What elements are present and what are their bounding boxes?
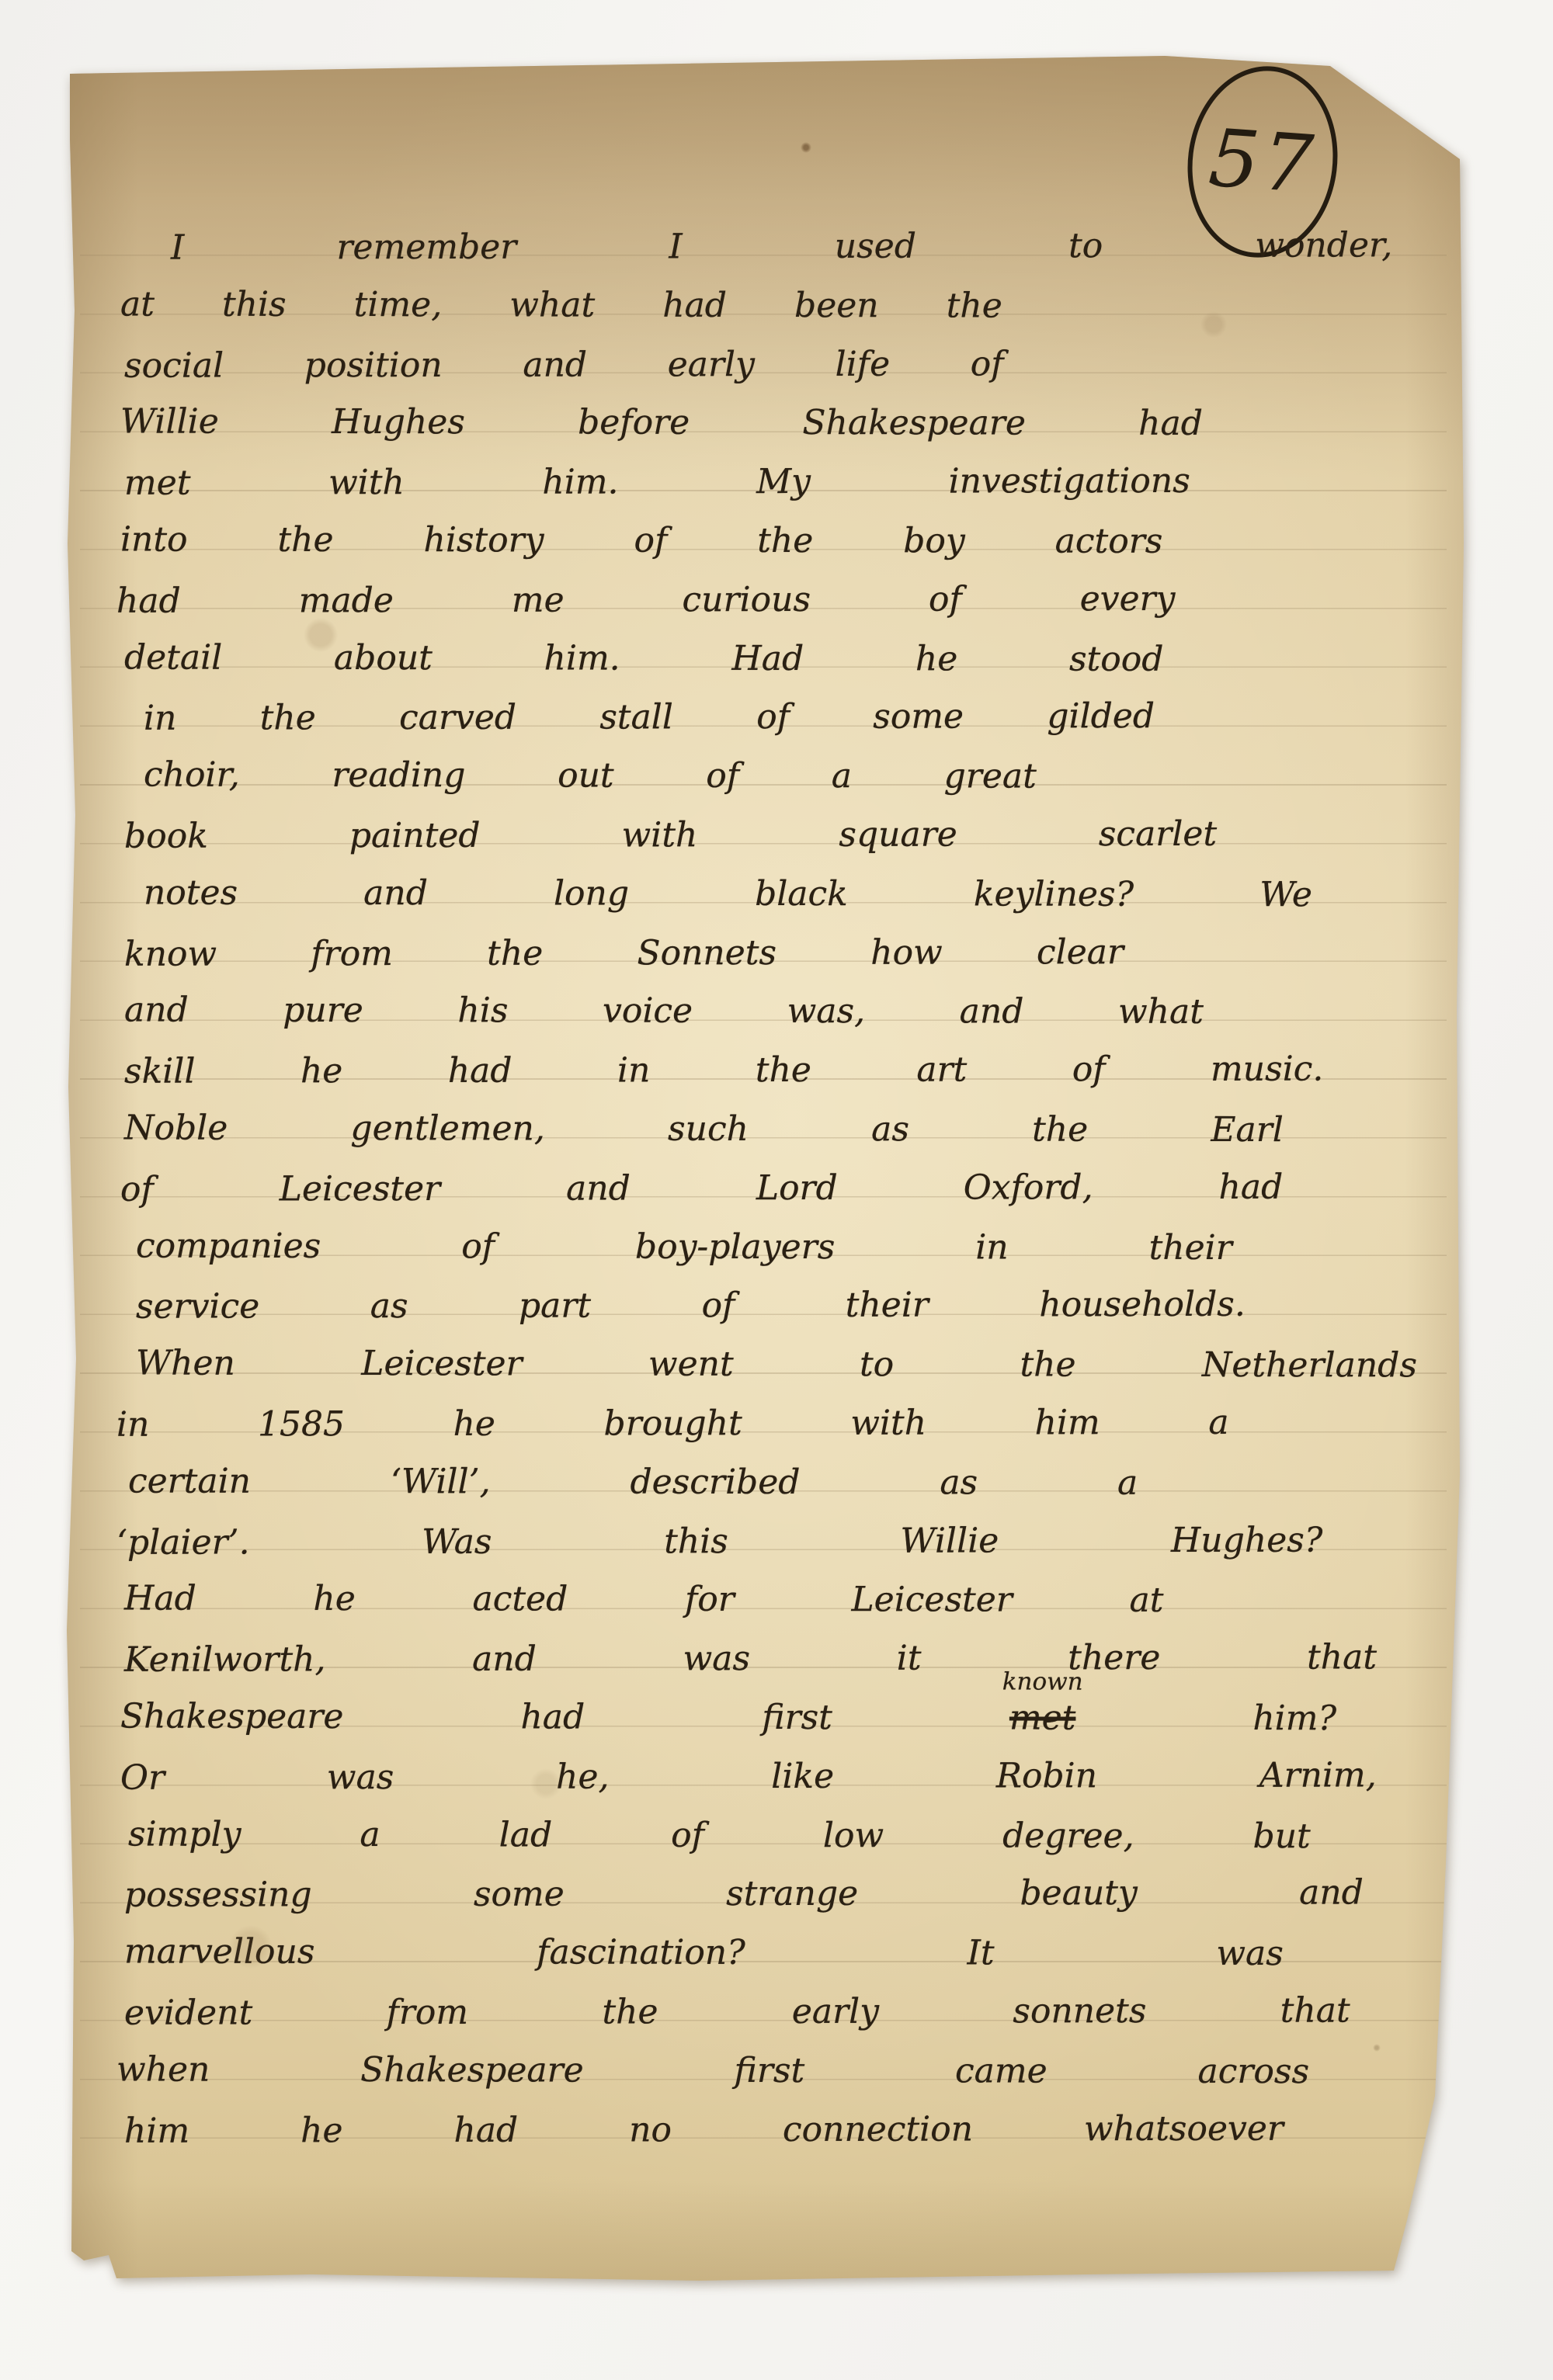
manuscript-word: Shakespeare (802, 406, 1026, 441)
manuscript-word: scarlet (1099, 817, 1217, 852)
manuscript-word: this (222, 287, 287, 321)
manuscript-word: Had (124, 1582, 196, 1616)
manuscript-word: brought (603, 1407, 742, 1441)
manuscript-word: their (846, 1289, 929, 1323)
manuscript-word: service (136, 1290, 259, 1324)
manuscript-word: when (116, 2052, 210, 2087)
manuscript-word: had (453, 2113, 518, 2147)
manuscript-word: keylines? (974, 877, 1134, 911)
manuscript-word: that (1307, 1640, 1377, 1674)
manuscript-word: Had (731, 641, 804, 675)
manuscript-word: Earl (1211, 1113, 1284, 1147)
manuscript-word: a (360, 1817, 380, 1851)
manuscript-word: Sonnets (637, 935, 776, 970)
manuscript-word: to (1068, 229, 1103, 263)
manuscript-word: square (839, 817, 957, 852)
manuscript-word: with (328, 466, 405, 500)
manuscript-word: to (860, 1348, 894, 1382)
manuscript-line: Kenilworth,andwasittherethat (116, 1620, 1457, 1681)
manuscript-word: of (756, 700, 790, 734)
manuscript-word: and (960, 995, 1024, 1029)
manuscript-word: early (792, 1994, 879, 2028)
manuscript-word: was (327, 1761, 394, 1795)
manuscript-word: skill (124, 1055, 196, 1089)
manuscript-word: reading (332, 758, 465, 793)
manuscript-word: Shakespeare (360, 2053, 584, 2088)
manuscript-page-wrap: 57 IrememberIusedtowonder,atthistime,wha… (64, 45, 1464, 2281)
manuscript-word: boy (903, 524, 965, 558)
manuscript-line: Shakespearehadfirstknownmethim? (116, 1679, 1457, 1740)
manuscript-line: HadheactedforLeicesterat (116, 1562, 1457, 1623)
manuscript-word: some (474, 1878, 565, 1912)
manuscript-line: hadmademecuriousofevery (116, 561, 1457, 623)
manuscript-word: before (578, 406, 690, 440)
manuscript-word: of (971, 347, 1004, 381)
manuscript-word: life (836, 347, 891, 381)
manuscript-line: ofLeicesterandLordOxford,had (116, 1150, 1457, 1211)
inserted-word-above: known (1002, 1670, 1083, 1694)
manuscript-line: evidentfromtheearlysonnetsthat (116, 1973, 1457, 2035)
manuscript-word: Hughes? (1171, 1523, 1323, 1557)
manuscript-word: the (487, 936, 543, 970)
manuscript-word: the (757, 524, 813, 558)
manuscript-word: low (823, 1818, 884, 1852)
manuscript-word: about (334, 640, 433, 675)
manuscript-line: possessingsomestrangebeautyand (116, 1856, 1457, 1917)
manuscript-word: of (461, 1230, 495, 1264)
manuscript-word: was (683, 1642, 751, 1676)
manuscript-word: I (669, 230, 682, 264)
manuscript-word: early (668, 347, 755, 381)
manuscript-word: stall (599, 700, 673, 734)
manuscript-word: carved (399, 701, 516, 735)
manuscript-word: boy-players (635, 1230, 835, 1264)
manuscript-word: like (771, 1759, 834, 1793)
manuscript-word: in (617, 1053, 651, 1088)
manuscript-word: marvellous (124, 1934, 315, 1969)
manuscript-word: Arnim, (1259, 1758, 1377, 1792)
manuscript-line: skillhehadintheartofmusic. (116, 1032, 1457, 1093)
manuscript-line: Orwashe,likeRobinArnim, (116, 1738, 1457, 1799)
manuscript-word: It (968, 1936, 995, 1970)
manuscript-word: position (304, 348, 443, 382)
manuscript-word: lad (499, 1818, 553, 1852)
manuscript-word: whatsoever (1084, 2111, 1284, 2146)
manuscript-word: stood (1069, 642, 1163, 676)
manuscript-word: had (662, 288, 727, 322)
manuscript-word: I (171, 231, 184, 265)
manuscript-word: every (1080, 582, 1176, 616)
manuscript-word: the (756, 1053, 811, 1088)
manuscript-word: actors (1055, 524, 1163, 558)
manuscript-word: he (453, 1407, 495, 1442)
manuscript-line: atthistime,whathadbeenthe (116, 267, 1457, 328)
manuscript-word: me (512, 583, 565, 617)
manuscript-word: the (277, 523, 333, 557)
manuscript-line: inthecarvedstallofsomegilded (116, 679, 1457, 741)
manuscript-line: knowfromtheSonnetshowclear (116, 914, 1457, 976)
manuscript-word: and (1299, 1876, 1364, 1910)
manuscript-word: We (1259, 878, 1312, 912)
manuscript-word: first (762, 1701, 832, 1735)
manuscript-word: of (120, 1172, 154, 1206)
manuscript-word: was (1216, 1937, 1284, 1971)
manuscript-line: Noblegentlemen,suchastheEarl (116, 1091, 1457, 1152)
manuscript-word: wonder, (1255, 228, 1392, 262)
manuscript-word: as (871, 1112, 909, 1147)
manuscript-line: notesandlongblackkeylines?We (116, 855, 1457, 917)
manuscript-word: strange (726, 1877, 858, 1911)
manuscript-word: Leicester (851, 1583, 1012, 1617)
manuscript-word: curious (682, 583, 811, 617)
manuscript-word: no (629, 2113, 672, 2147)
manuscript-word: described (630, 1465, 800, 1499)
manuscript-line: intothehistoryoftheboyactors (116, 502, 1457, 564)
manuscript-word: choir, (144, 758, 240, 793)
manuscript-word: it (897, 1642, 922, 1676)
manuscript-word: in (144, 702, 177, 736)
manuscript-word: the (1032, 1112, 1088, 1147)
manuscript-word: Willie (120, 405, 219, 439)
manuscript-line: simplyaladoflowdegree,but (116, 1797, 1457, 1858)
manuscript-word: When (136, 1346, 235, 1380)
manuscript-word: a (832, 759, 852, 793)
manuscript-word: a (1208, 1406, 1228, 1440)
manuscript-word: voice (603, 994, 693, 1029)
manuscript-word: part (519, 1289, 591, 1324)
manuscript-word: out (558, 758, 614, 793)
manuscript-word: gentlemen, (350, 1112, 544, 1146)
manuscript-word: how (870, 935, 943, 970)
manuscript-word: time, (354, 288, 443, 322)
manuscript-line: andpurehisvoicewas,andwhat (116, 973, 1457, 1035)
manuscript-word: for (685, 1583, 735, 1617)
manuscript-word: in (116, 1407, 150, 1442)
manuscript-word: the (602, 1995, 658, 2029)
manuscript-word: Oxford, (964, 1171, 1093, 1205)
page-number: 57 (1207, 119, 1319, 205)
manuscript-line: serviceaspartoftheirhouseholds. (116, 1268, 1457, 1329)
manuscript-word: Hughes (332, 405, 465, 439)
manuscript-word: art (916, 1053, 967, 1087)
manuscript-word: detail (124, 640, 222, 675)
manuscript-word: connection (783, 2112, 973, 2147)
manuscript-word: but (1253, 1819, 1311, 1853)
manuscript-word: history (423, 523, 544, 557)
manuscript-line: certain‘Will’,describedasa (116, 1444, 1457, 1505)
manuscript-word: Or (120, 1761, 165, 1795)
manuscript-word: had (1138, 407, 1203, 441)
manuscript-word: as (370, 1289, 408, 1324)
manuscript-word: what (509, 288, 595, 322)
manuscript-word: first (735, 2053, 805, 2087)
manuscript-word: 1585 (258, 1407, 345, 1442)
manuscript-word: his (457, 994, 508, 1028)
manuscript-word: fascination? (537, 1935, 745, 1969)
manuscript-word: evident (124, 1996, 252, 2030)
manuscript-word: him. (542, 465, 618, 499)
manuscript-word: had (520, 1700, 585, 1734)
manuscript-word: Kenilworth, (124, 1643, 325, 1677)
manuscript-word: from (387, 1996, 469, 2030)
manuscript-word: of (929, 582, 962, 616)
manuscript-word: Lord (756, 1171, 838, 1205)
manuscript-word: of (701, 1289, 735, 1323)
manuscript-word: and (566, 1171, 631, 1206)
manuscript-word: the (260, 701, 316, 735)
manuscript-word: of (706, 759, 739, 793)
manuscript-word: Leicester (280, 1171, 440, 1206)
manuscript-word: such (668, 1112, 749, 1146)
manuscript-word: him. (544, 641, 620, 675)
manuscript-word: companies (136, 1229, 321, 1263)
manuscript-line: companiesofboy-playersintheir (116, 1209, 1457, 1270)
struck-word: met (1009, 1698, 1076, 1737)
manuscript-word: black (755, 876, 848, 911)
manuscript-word: My (756, 465, 811, 499)
manuscript-word: was, (787, 994, 866, 1029)
manuscript-word: gilded (1047, 699, 1155, 734)
manuscript-line: metwithhim.Myinvestigations (116, 443, 1457, 505)
manuscript-word: that (1280, 1993, 1350, 2028)
manuscript-word: notes (144, 876, 238, 910)
manuscript-page: 57 IrememberIusedtowonder,atthistime,wha… (64, 45, 1464, 2281)
manuscript-word: he (301, 2113, 342, 2147)
manuscript-line: detailabouthim.Hadhestood (116, 620, 1457, 682)
manuscript-word: him (124, 2114, 189, 2148)
manuscript-word: Noble (124, 1111, 228, 1145)
manuscript-word: great (944, 759, 1037, 793)
manuscript-word: with (850, 1406, 926, 1440)
manuscript-word: across (1197, 2054, 1309, 2088)
manuscript-word: clear (1037, 935, 1124, 969)
manuscript-word: him? (1252, 1702, 1336, 1736)
manuscript-word: simply (128, 1817, 241, 1851)
manuscript-word: Shakespeare (120, 1699, 344, 1734)
manuscript-word: used (835, 229, 916, 263)
manuscript-word: as (940, 1466, 978, 1500)
manuscript-word: he, (556, 1760, 609, 1794)
manuscript-word: and (363, 876, 428, 911)
manuscript-word: social (124, 349, 224, 383)
manuscript-word: Netherlands (1202, 1348, 1417, 1383)
manuscript-word: at (1129, 1584, 1163, 1618)
manuscript-word: investigations (949, 464, 1190, 499)
manuscript-word: in (975, 1230, 1008, 1265)
manuscript-word: painted (349, 819, 481, 853)
manuscript-word: ‘Will’, (391, 1465, 491, 1499)
manuscript-line: himhehadnoconnectionwhatsoever (116, 2091, 1457, 2153)
manuscript-word: and (124, 994, 189, 1028)
manuscript-word: what (1118, 995, 1204, 1029)
manuscript-word: met (124, 467, 191, 501)
manuscript-word: had (448, 1054, 512, 1088)
manuscript-line: socialpositionandearlylifeof (116, 326, 1457, 387)
manuscript-word: possessing (124, 1878, 312, 1913)
manuscript-word: he (313, 1582, 355, 1616)
manuscript-line: IrememberIusedtowonder, (116, 208, 1457, 269)
manuscript-word: knownmet (1009, 1701, 1076, 1735)
manuscript-word: music. (1211, 1053, 1323, 1087)
manuscript-word: a (1117, 1466, 1138, 1500)
manuscript-word: Was (422, 1525, 492, 1559)
manuscript-word: went (648, 1348, 734, 1382)
manuscript-word: at (120, 287, 155, 321)
manuscript-word: of (671, 1818, 704, 1852)
manuscript-word: into (120, 522, 188, 557)
manuscript-word: acted (472, 1582, 568, 1616)
manuscript-word: him (1035, 1406, 1100, 1440)
manuscript-word: had (1218, 1170, 1283, 1204)
manuscript-word: the (1020, 1348, 1075, 1382)
manuscript-word: long (554, 876, 629, 911)
manuscript-word: from (311, 936, 393, 970)
manuscript-word: households. (1039, 1288, 1246, 1323)
manuscript-word: book (124, 819, 208, 853)
manuscript-word: some (873, 700, 964, 734)
manuscript-word: made (299, 584, 394, 618)
manuscript-word: remember (336, 231, 516, 265)
manuscript-word: of (1072, 1053, 1106, 1087)
manuscript-word: pure (283, 994, 363, 1028)
manuscript-line: WhenLeicesterwenttotheNetherlands (116, 1327, 1457, 1388)
manuscript-word: certain (128, 1464, 251, 1498)
manuscript-word: their (1149, 1230, 1232, 1265)
manuscript-line: whenShakespearefirstcameacross (116, 2032, 1457, 2094)
manuscript-word: this (664, 1524, 728, 1558)
manuscript-word: been (794, 289, 879, 323)
manuscript-word: with (622, 818, 698, 852)
manuscript-word: ‘plaier’. (116, 1525, 250, 1559)
manuscript-word: sonnets (1013, 1994, 1146, 2028)
manuscript-line: WillieHughesbeforeShakespearehad (116, 385, 1457, 446)
manuscript-word: and (472, 1643, 537, 1677)
manuscript-word: degree, (1002, 1819, 1134, 1853)
manuscript-line: ‘plaier’.WasthisWillieHughes? (116, 1503, 1457, 1564)
manuscript-line: marvellousfascination?Itwas (116, 1915, 1457, 1976)
manuscript-line: in1585hebroughtwithhima (116, 1385, 1457, 1446)
manuscript-line: bookpaintedwithsquarescarlet (116, 796, 1457, 858)
manuscript-word: he (915, 642, 957, 676)
manuscript-word: of (634, 523, 667, 557)
manuscript-line: choir,readingoutofagreat (116, 738, 1457, 800)
manuscript-word: Robin (996, 1759, 1097, 1793)
scanned-document: { "manuscript": { "page_number": "57", "… (0, 0, 1553, 2380)
manuscript-word: and (523, 348, 587, 382)
manuscript-word: Leicester (361, 1347, 522, 1381)
manuscript-word: the (947, 289, 1002, 323)
manuscript-word: had (116, 584, 181, 618)
manuscript-word: know (124, 937, 217, 971)
manuscript-word: he (301, 1054, 342, 1088)
manuscript-lines: IrememberIusedtowonder,atthistime,whatha… (116, 210, 1457, 2151)
manuscript-word: beauty (1020, 1876, 1137, 1910)
manuscript-word: Willie (900, 1524, 999, 1558)
manuscript-word: came (955, 2054, 1047, 2088)
